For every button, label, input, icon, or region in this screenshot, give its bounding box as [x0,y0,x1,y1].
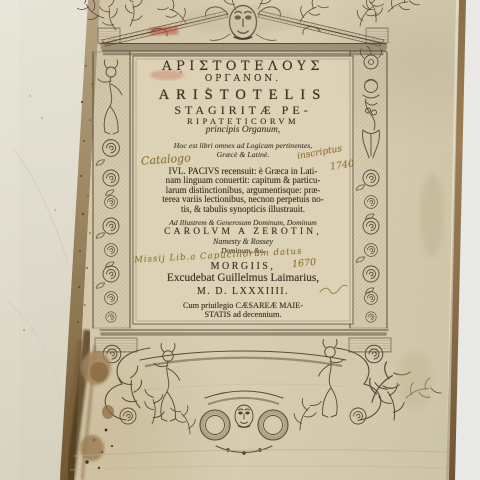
right-border-band [350,46,387,328]
text-panel-frame [133,56,353,324]
engraving-lines [6,0,448,480]
engraved-border [0,0,480,480]
bottom-cartouche [95,330,441,454]
book-photo: ΑΡΙΣΤΟΤΕΛΟΥΣ ΟΡΓΑΝΟΝ. ARISTOTELIS STAGIR… [0,0,480,480]
left-border-band [93,52,130,328]
